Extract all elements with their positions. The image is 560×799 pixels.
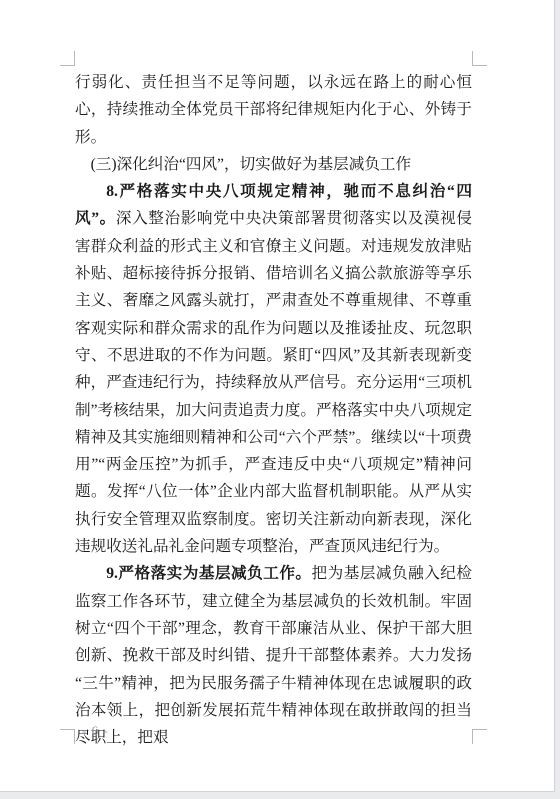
document-text-area[interactable]: 行弱化、责任担当不足等问题，以永远在路上的耐心恒心，持续推动全体党员干部将纪律规… (75, 69, 472, 751)
paragraph-item-9-body: 把为基层减负融入纪检监察工作各环节，建立健全为基层减负的长效机制。牢固树立“四个… (75, 565, 472, 746)
text-boundary-mark-bottom-right (472, 729, 487, 744)
text-boundary-mark-top-left (60, 51, 75, 66)
paragraph-continuation: 行弱化、责任担当不足等问题，以永远在路上的耐心恒心，持续推动全体党员干部将纪律规… (75, 69, 472, 151)
text-boundary-mark-bottom-left (60, 729, 75, 744)
paragraph-item-8: 8.严格落实中央八项规定精神，驰而不息纠治“四风”。深入整治影响党中央决策部署贯… (75, 178, 472, 560)
section-heading: (三)深化纠治“四风”，切实做好为基层减负工作 (75, 151, 472, 178)
paragraph-item-8-body: 深入整治影响党中央决策部署贯彻落实以及漠视侵害群众利益的形式主义和官僚主义问题。… (75, 210, 472, 555)
paragraph-item-9: 9.严格落实为基层减负工作。把为基层减负融入纪检监察工作各环节，建立健全为基层减… (75, 560, 472, 751)
paragraph-item-9-lead: 9.严格落实为基层减负工作。 (106, 565, 311, 582)
text-boundary-mark-top-right (472, 51, 487, 66)
document-canvas: 行弱化、责任担当不足等问题，以永远在路上的耐心恒心，持续推动全体党员干部将纪律规… (0, 0, 560, 799)
document-page[interactable]: 行弱化、责任担当不足等问题，以永远在路上的耐心恒心，持续推动全体党员干部将纪律规… (0, 0, 555, 792)
page-number: - 6 - (82, 723, 109, 739)
